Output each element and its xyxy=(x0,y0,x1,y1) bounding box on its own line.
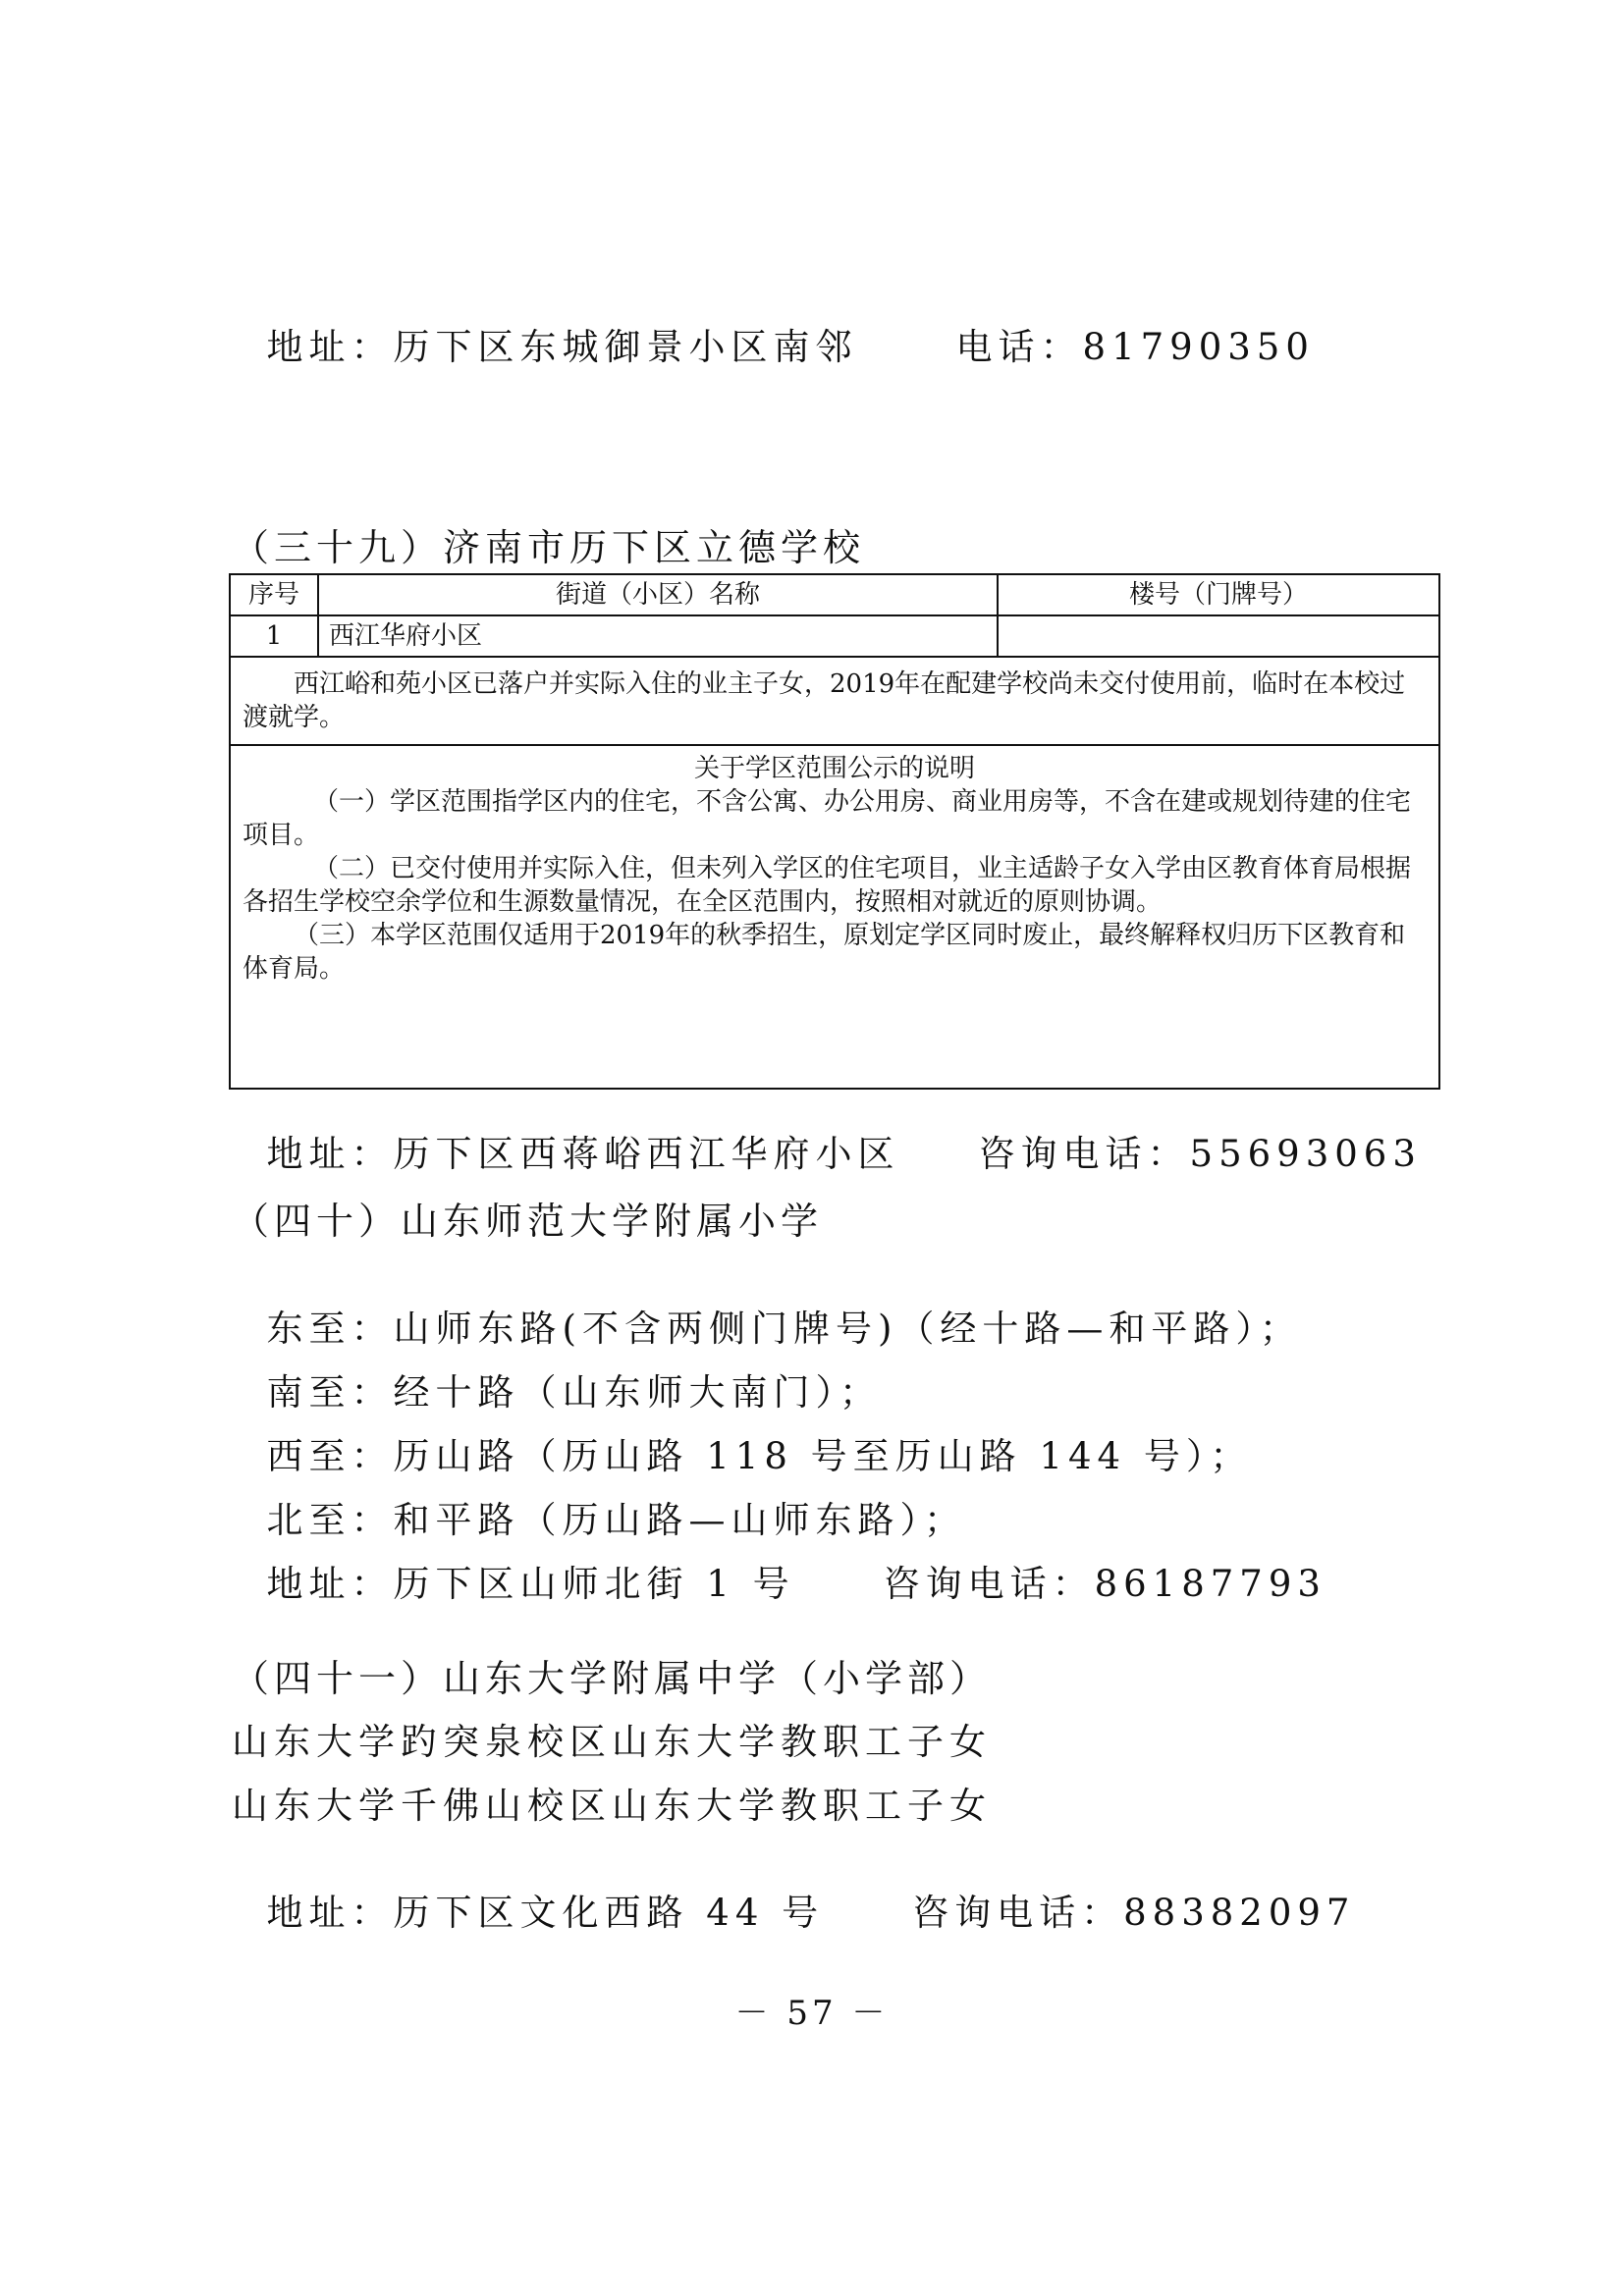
school-41-address-line: 地址：历下区文化西路 44 号咨询电话：88382097 xyxy=(232,1848,1355,1935)
row-building-number xyxy=(998,615,1439,657)
note-cell: 西江峪和苑小区已落户并实际入住的业主子女，2019年在配建学校尚未交付使用前，临… xyxy=(230,657,1439,745)
phone-value: 86187793 xyxy=(1095,1563,1326,1605)
explanation-item-3: （三）本学区范围仅适用于2019年的秋季招生，原划定学区同时废止，最终解释权归历… xyxy=(243,919,1427,986)
header-street-name: 街道（小区）名称 xyxy=(318,574,998,615)
explanation-title: 关于学区范围公示的说明 xyxy=(243,752,1427,785)
transition-note: 西江峪和苑小区已落户并实际入住的业主子女，2019年在配建学校尚未交付使用前，临… xyxy=(243,667,1427,734)
explanation-item-2: （二）已交付使用并实际入住，但未列入学区的住宅项目，业主适龄子女入学由区教育体育… xyxy=(243,852,1427,919)
phone-label: 咨询电话： xyxy=(912,1892,1123,1934)
explanation-item-1: （一）学区范围指学区内的住宅，不含公寓、办公用房、商业用房等，不含在建或规划待建… xyxy=(243,785,1427,852)
table-row: 1 西江华府小区 xyxy=(230,615,1439,657)
address-value: 历下区东城御景小区南邻 xyxy=(394,326,858,368)
phone-value: 88382097 xyxy=(1123,1892,1355,1934)
address-value: 历下区文化西路 44 号 xyxy=(394,1892,825,1934)
row-seq: 1 xyxy=(230,615,318,657)
header-building-number: 楼号（门牌号） xyxy=(998,574,1439,615)
school-39-zone-table: 序号 街道（小区）名称 楼号（门牌号） 1 西江华府小区 西江峪和苑小区已落户并… xyxy=(229,573,1440,1090)
table-header-row: 序号 街道（小区）名称 楼号（门牌号） xyxy=(230,574,1439,615)
phone-value: 55693063 xyxy=(1190,1133,1422,1175)
table-explanation-row: 关于学区范围公示的说明 （一）学区范围指学区内的住宅，不含公寓、办公用房、商业用… xyxy=(230,745,1439,1089)
address-label: 地址： xyxy=(267,1563,394,1605)
phone-label: 电话： xyxy=(956,326,1083,368)
school-41-line-1: 山东大学趵突泉校区山东大学教职工子女 xyxy=(232,1721,992,1764)
school-39-address-line: 地址：历下区西蒋峪西江华府小区咨询电话：55693063 xyxy=(232,1090,1422,1176)
address-label: 地址： xyxy=(267,1133,394,1175)
school-39-title: （三十九）济南市历下区立德学校 xyxy=(232,526,865,569)
school-41-title: （四十一）山东大学附属中学（小学部） xyxy=(232,1657,992,1700)
address-label: 地址： xyxy=(267,1892,394,1934)
address-value: 历下区西蒋峪西江华府小区 xyxy=(394,1133,900,1175)
row-street-name: 西江华府小区 xyxy=(318,615,998,657)
phone-value: 81790350 xyxy=(1083,326,1315,368)
school-40-title: （四十）山东师范大学附属小学 xyxy=(232,1200,823,1243)
phone-label: 咨询电话： xyxy=(979,1133,1190,1175)
address-value: 历下区山师北街 1 号 xyxy=(394,1563,795,1605)
prev-school-address-line: 地址：历下区东城御景小区南邻电话：81790350 xyxy=(232,283,1315,369)
school-41-line-2: 山东大学千佛山校区山东大学教职工子女 xyxy=(232,1785,992,1828)
address-label: 地址： xyxy=(267,326,394,368)
school-40-address-line: 地址：历下区山师北街 1 号咨询电话：86187793 xyxy=(232,1520,1326,1606)
explanation-cell: 关于学区范围公示的说明 （一）学区范围指学区内的住宅，不含公寓、办公用房、商业用… xyxy=(230,745,1439,1089)
header-seq: 序号 xyxy=(230,574,318,615)
phone-label: 咨询电话： xyxy=(884,1563,1095,1605)
table-note-row: 西江峪和苑小区已落户并实际入住的业主子女，2019年在配建学校尚未交付使用前，临… xyxy=(230,657,1439,745)
page-number: － 57 － xyxy=(0,1986,1624,2034)
